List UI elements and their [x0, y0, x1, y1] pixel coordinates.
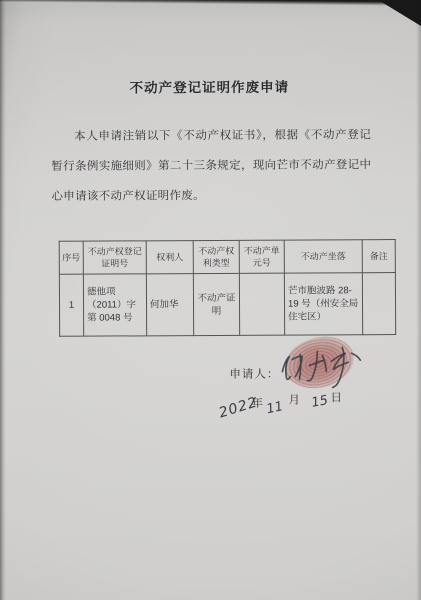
cell-location: 芒市胞波路 28-19 号（州安全局住宅区）: [284, 273, 362, 335]
year-label: 年: [251, 395, 263, 411]
certificates-table: 序号 不动产权登记证明号 权利人 不动产权利类型 不动产单元号 不动产坐落 备注…: [59, 239, 396, 337]
cell-right-holder: 何加华: [146, 274, 193, 336]
applicant-signature-handwriting: [276, 341, 368, 393]
cell-right-type: 不动产证明: [193, 273, 239, 335]
cell-index: 1: [59, 274, 83, 336]
table-header-row: 序号 不动产权登记证明号 权利人 不动产权利类型 不动产单元号 不动产坐落 备注: [59, 240, 395, 275]
date-line: 2022 年 11 月 15 日: [218, 387, 358, 428]
header-right-holder: 权利人: [146, 241, 193, 274]
cell-remarks: [362, 273, 395, 335]
header-right-type: 不动产权利类型: [193, 240, 239, 273]
cell-unit-no: [239, 273, 284, 335]
date-day-handwritten: 15: [310, 393, 329, 411]
applicant-label: 申请人：: [229, 366, 279, 382]
header-unit-no: 不动产单元号: [239, 240, 284, 273]
body-paragraph: 本人申请注销以下《不动产权证书》，根据《不动产登记暂行条例实施细则》第二十三条规…: [51, 120, 371, 212]
cell-certificate-no: 德他项（2011）字第 0048 号: [83, 274, 146, 336]
paper-page: 不动产登记证明作废申请 本人申请注销以下《不动产权证书》，根据《不动产登记暂行条…: [0, 0, 421, 600]
document-photo: 不动产登记证明作废申请 本人申请注销以下《不动产权证书》，根据《不动产登记暂行条…: [0, 0, 421, 600]
date-month-handwritten: 11: [265, 399, 284, 417]
page-title: 不动产登记证明作废申请: [0, 75, 420, 97]
header-remarks: 备注: [362, 240, 395, 273]
table-row: 1 德他项（2011）字第 0048 号 何加华 不动产证明 芒市胞波路 28-…: [59, 273, 395, 337]
month-label: 月: [288, 392, 300, 408]
header-certificate-no: 不动产权登记证明号: [83, 241, 146, 274]
header-index: 序号: [59, 241, 83, 274]
header-location: 不动产坐落: [284, 240, 362, 273]
day-label: 日: [330, 389, 342, 405]
